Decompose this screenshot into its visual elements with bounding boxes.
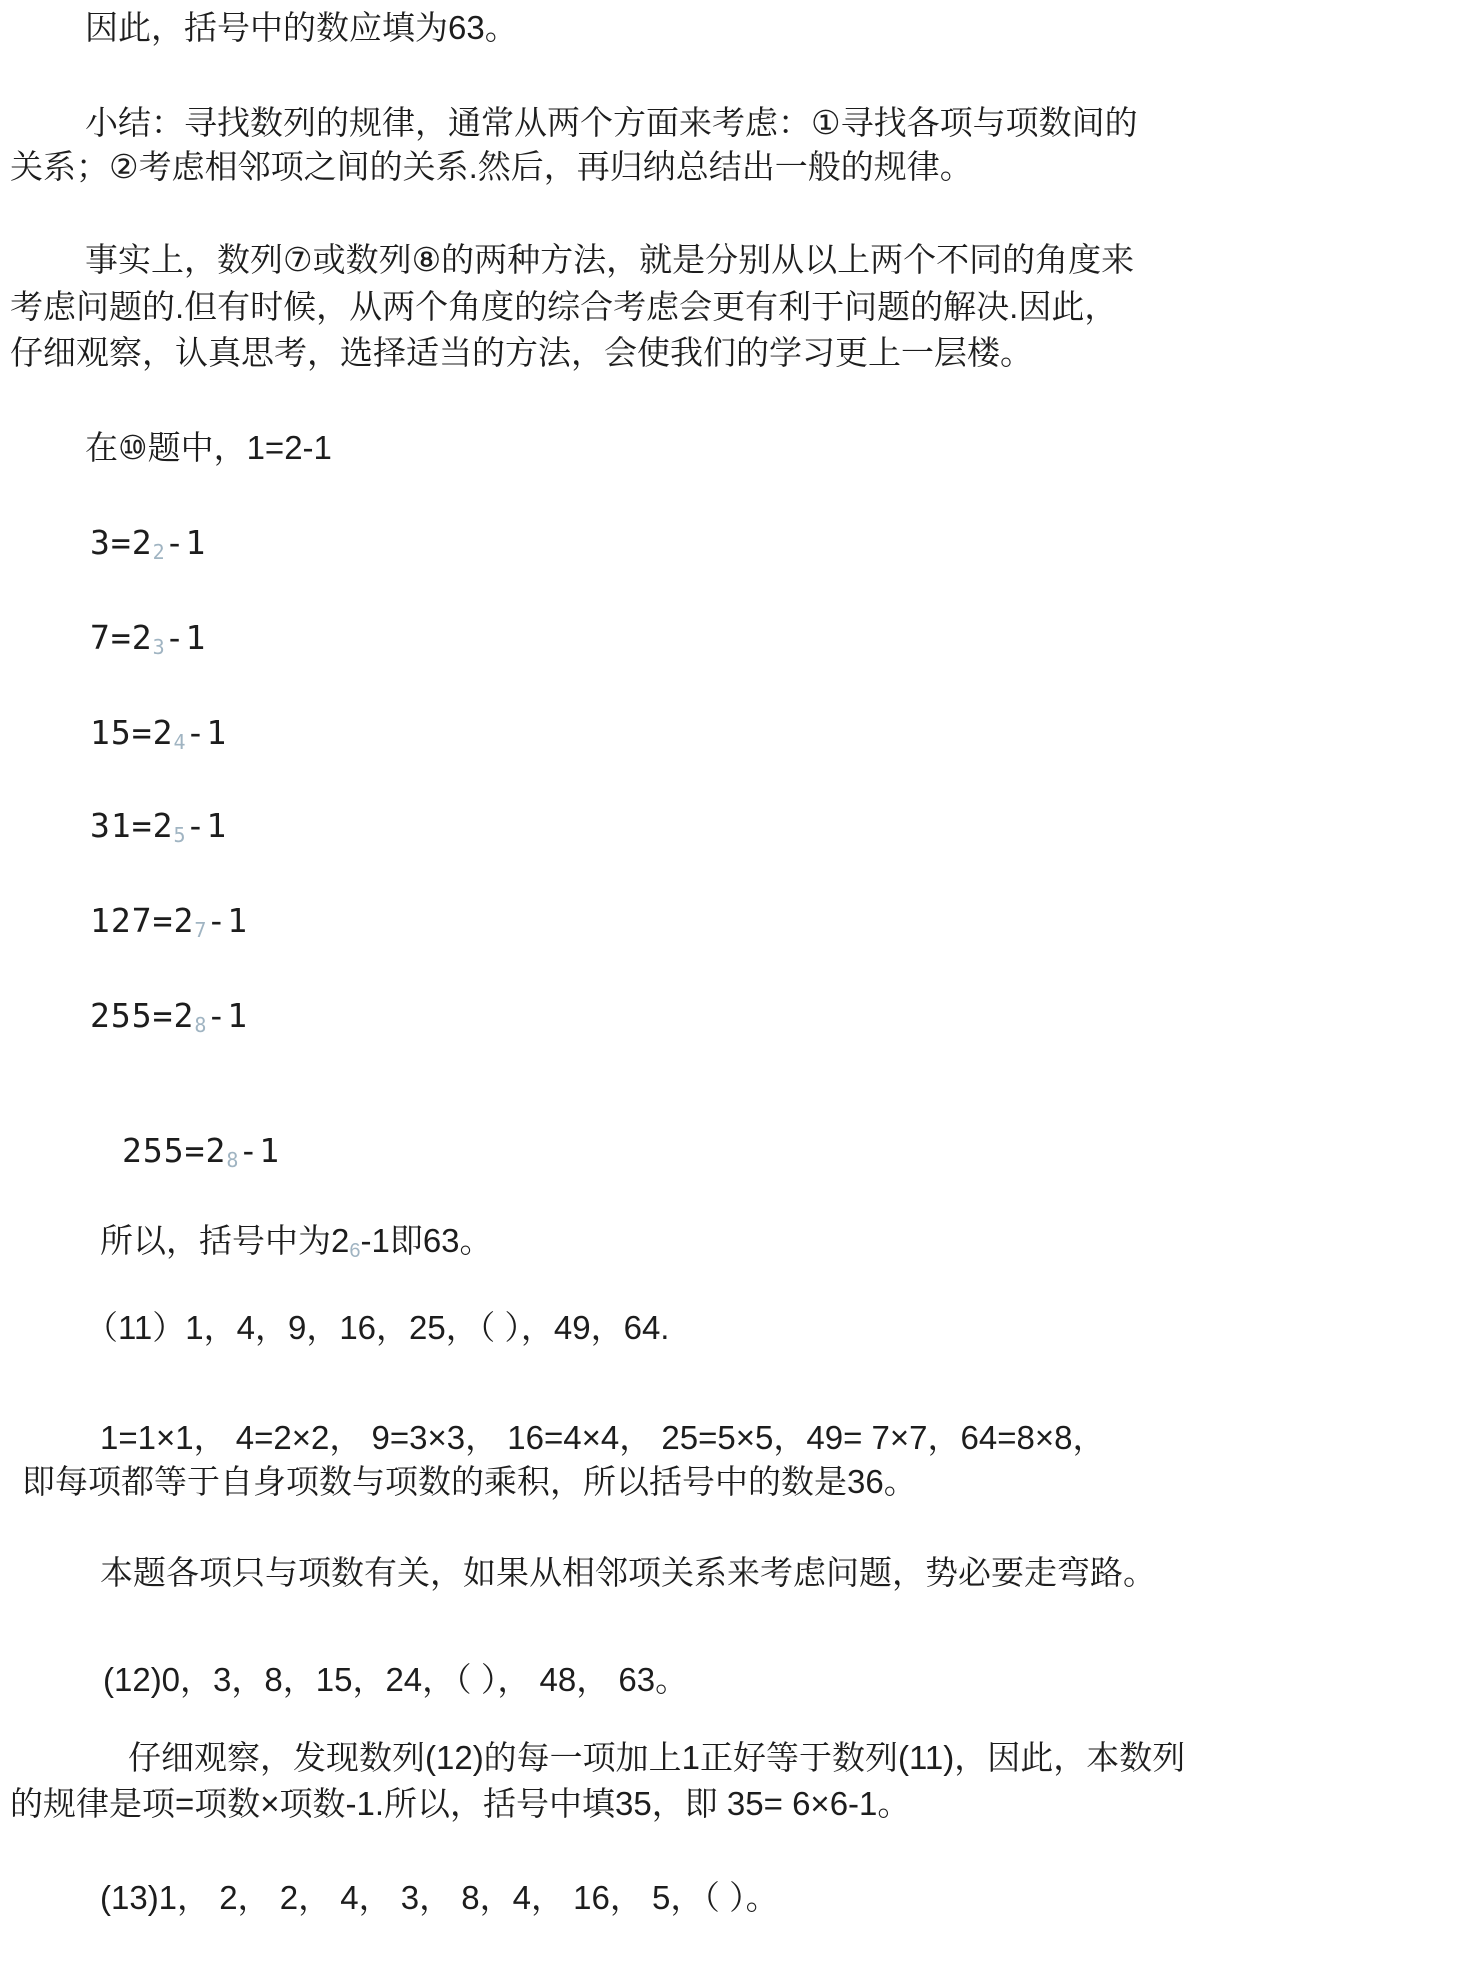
equation-exponent: 8 <box>194 1013 206 1037</box>
conclusion-suffix: -1即63。 <box>360 1222 492 1259</box>
document-page: 因此，括号中的数应填为63。 小结：寻找数列的规律，通常从两个方面来考虑：①寻找… <box>0 0 1470 1962</box>
equation-255: 255=28-1 <box>90 996 248 1045</box>
equation-exponent: 4 <box>173 730 185 754</box>
para-q12-explain-line1: 仔细观察，发现数列(12)的每一项加上1正好等于数列(11)，因此，本数列 <box>128 1738 1185 1778</box>
para-sequence-11: （11）1，4，9，16，25，（ ），49，64. <box>85 1308 669 1348</box>
equation-rhs: -1 <box>186 806 228 845</box>
equation-rhs: -1 <box>206 996 248 1035</box>
equation-3: 3=22-1 <box>90 523 206 572</box>
para-fact-line2: 考虑问题的.但有时候，从两个角度的综合考虑会更有利于问题的解决.因此， <box>10 287 1117 327</box>
equation-127: 127=27-1 <box>90 901 248 950</box>
equation-lhs: 7=2 <box>90 618 153 657</box>
para-sequence-12: (12)0，3，8，15，24，（ ）， 48， 63。 <box>103 1660 688 1700</box>
para-answer-63: 因此，括号中的数应填为63。 <box>85 8 518 48</box>
para-q11-explain-line1: 1=1×1， 4=2×2， 9=3×3， 16=4×4， 25=5×5，49= … <box>100 1418 1105 1458</box>
para-intro-q10: 在⑩题中，1=2-1 <box>85 428 332 468</box>
equation-rhs: -1 <box>206 901 248 940</box>
equation-31: 31=25-1 <box>90 806 227 855</box>
para-summary-line2: 关系；②考虑相邻项之间的关系.然后，再归纳总结出一般的规律。 <box>10 147 973 187</box>
equation-exponent: 2 <box>153 540 165 564</box>
equation-rhs: -1 <box>186 713 228 752</box>
para-q11-explain-line2: 即每项都等于自身项数与项数的乘积，所以括号中的数是36。 <box>22 1462 917 1502</box>
conclusion-prefix: 所以，括号中为2 <box>100 1222 349 1259</box>
para-q12-explain-line2: 的规律是项=项数×项数-1.所以，括号中填35，即 35= 6×6-1。 <box>10 1784 910 1824</box>
equation-rhs: -1 <box>238 1131 280 1170</box>
equation-rhs: -1 <box>165 523 207 562</box>
equation-lhs: 31=2 <box>90 806 173 845</box>
equation-lhs: 255=2 <box>122 1131 226 1170</box>
equation-7: 7=23-1 <box>90 618 206 667</box>
equation-15: 15=24-1 <box>90 713 227 762</box>
para-fact-line1: 事实上，数列⑦或数列⑧的两种方法，就是分别从以上两个不同的角度来 <box>85 240 1134 280</box>
equation-exponent: 3 <box>153 635 165 659</box>
equation-lhs: 3=2 <box>90 523 153 562</box>
equation-exponent: 8 <box>226 1148 238 1172</box>
equation-lhs: 255=2 <box>90 996 194 1035</box>
para-summary-line1: 小结：寻找数列的规律，通常从两个方面来考虑：①寻找各项与项数间的 <box>85 103 1138 143</box>
para-conclusion-63: 所以，括号中为26-1即63。 <box>100 1221 493 1271</box>
equation-rhs: -1 <box>165 618 207 657</box>
equation-lhs: 15=2 <box>90 713 173 752</box>
equation-exponent: 5 <box>173 823 185 847</box>
conclusion-exponent: 6 <box>349 1240 360 1262</box>
para-fact-line3: 仔细观察，认真思考，选择适当的方法，会使我们的学习更上一层楼。 <box>10 333 1033 373</box>
equation-exponent: 7 <box>194 918 206 942</box>
equation-lhs: 127=2 <box>90 901 194 940</box>
para-sequence-13: (13)1， 2， 2， 4， 3， 8，4， 16， 5，（ ）。 <box>100 1878 779 1918</box>
equation-255-repeat: 255=28-1 <box>122 1131 280 1180</box>
para-q11-note: 本题各项只与项数有关，如果从相邻项关系来考虑问题，势必要走弯路。 <box>100 1553 1156 1593</box>
